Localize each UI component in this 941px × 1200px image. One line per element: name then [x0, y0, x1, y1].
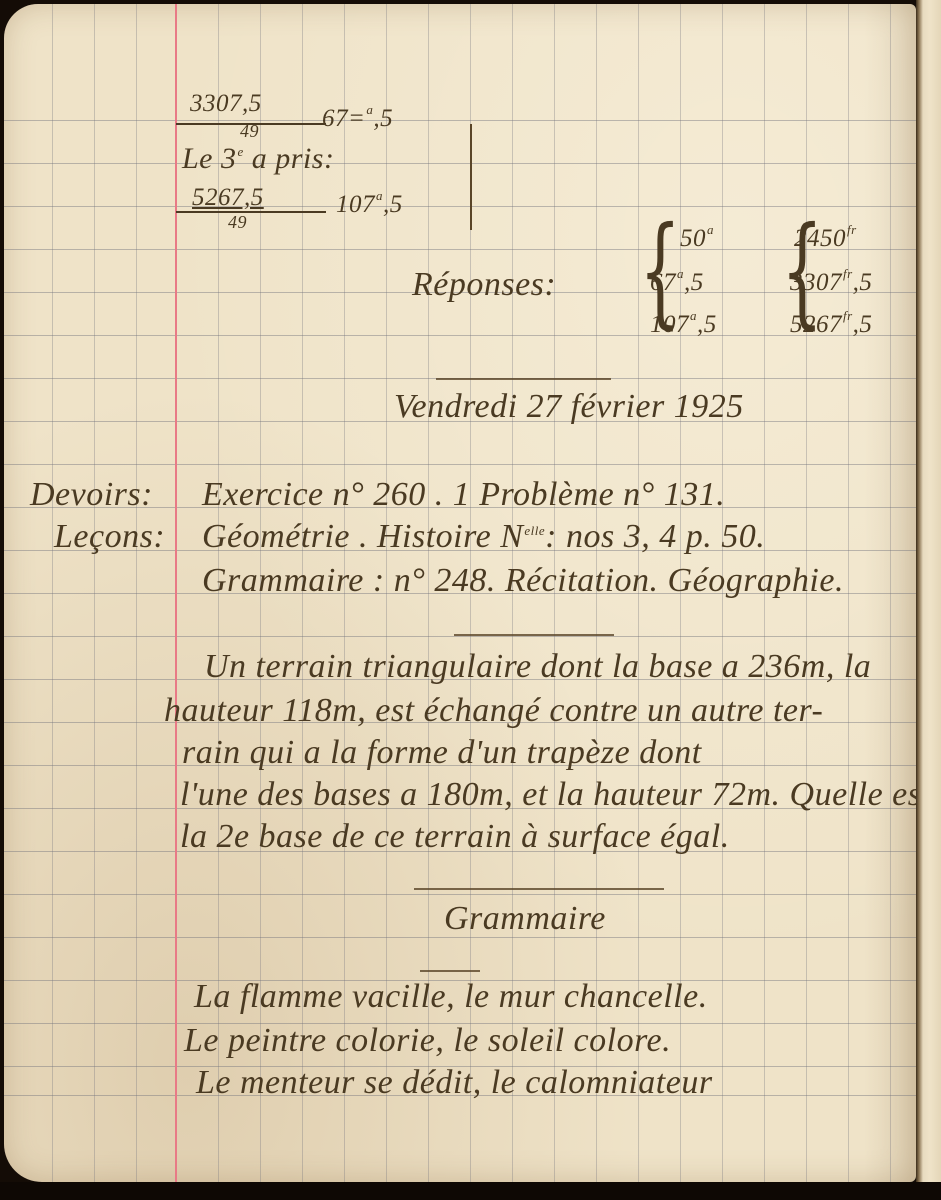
devoirs-text: Exercice n° 260 . 1 Problème n° 131. — [202, 476, 725, 514]
grammar-short-rule — [420, 970, 480, 972]
fraction-1-numerator: 3307,5 — [190, 90, 262, 118]
fraction-2-denominator: 49 — [228, 212, 247, 233]
problem-line-4: l'une des bases a 180m, et la hauteur 72… — [180, 776, 916, 814]
fraction-2-result: 107a,5 — [336, 188, 403, 219]
lecons-line-2: Grammaire : n° 248. Récitation. Géograph… — [202, 562, 844, 600]
problem-line-3: rain qui a la forme d'un trapèze dont — [182, 734, 702, 772]
result-value: 67 — [322, 105, 348, 132]
answer-col1-row3: 107a,5 — [650, 308, 717, 339]
grammar-heading: Grammaire — [444, 900, 606, 938]
fraction-2-numerator: 5267,5 — [192, 184, 264, 212]
answer-col2-row3: 5267fr,5 — [790, 308, 872, 339]
answer-col1-row1: 50a — [680, 222, 714, 253]
grammar-line-1: La flamme vacille, le mur chancelle. — [194, 978, 708, 1016]
grammar-line-2: Le peintre colorie, le soleil colore. — [184, 1022, 671, 1060]
problem-line-2: hauteur 118m, est échangé contre un autr… — [164, 692, 823, 730]
result-decimal: ,5 — [373, 105, 393, 132]
red-margin-line — [175, 4, 177, 1182]
notebook-binding-gutter — [916, 0, 941, 1182]
answer-col1-row2: 67a,5 — [650, 266, 704, 297]
date-heading: Vendredi 27 février 1925 — [394, 388, 744, 426]
grammar-line-3: Le menteur se dédit, le calomniateur — [196, 1064, 713, 1102]
devoirs-label: Devoirs: — [30, 476, 153, 514]
lecons-label: Leçons: — [54, 518, 165, 556]
fraction-2-bar — [176, 211, 326, 213]
problem-line-1: Un terrain triangulaire dont la base a 2… — [204, 648, 871, 686]
fraction-1-denominator: 49 — [240, 121, 259, 142]
notebook-page: 3307,5 49 67=a,5 Le 3e a pris: 5267,5 49… — [4, 4, 916, 1182]
answer-col2-row2: 3307fr,5 — [790, 266, 872, 297]
lecons-line-1: Géométrie . Histoire Nelle: nos 3, 4 p. … — [202, 518, 765, 556]
fraction-1-result: 67=a,5 — [322, 102, 393, 133]
scan-background — [0, 1182, 941, 1200]
calculation-divider — [470, 124, 472, 230]
problem-line-5: la 2e base de ce terrain à surface égal. — [180, 818, 730, 856]
answers-label: Réponses: — [412, 266, 556, 304]
problem-overline — [454, 634, 614, 636]
grammar-overline — [414, 888, 664, 890]
answer-col2-row1: 2450fr — [794, 222, 857, 253]
date-overline — [436, 378, 611, 380]
third-took-label: Le 3e a pris: — [182, 142, 334, 176]
